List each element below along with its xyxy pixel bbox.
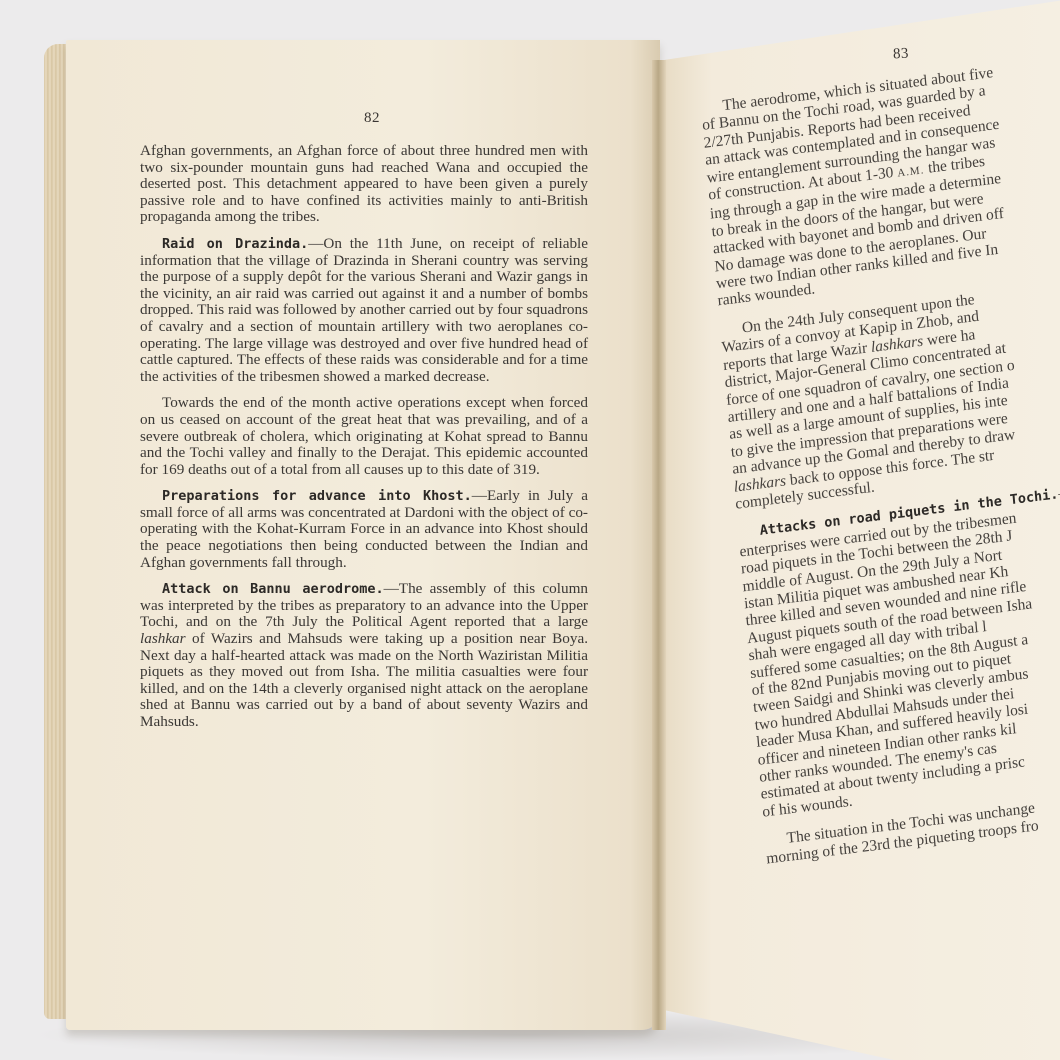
section-heading: Preparations for advance into Khost. xyxy=(162,488,472,504)
section-heading: Raid on Drazinda. xyxy=(162,236,308,252)
book-gutter xyxy=(652,60,666,1030)
paragraph: Towards the end of the month active oper… xyxy=(140,395,588,478)
page-number-left: 82 xyxy=(364,110,380,127)
page-number-right: 83 xyxy=(893,46,910,64)
left-page-text: Afghan governments, an Afghan force of a… xyxy=(140,143,588,741)
paragraph: Afghan governments, an Afghan force of a… xyxy=(140,143,588,226)
paragraph-24th-july: On the 24th July consequent upon the Waz… xyxy=(719,269,1060,513)
section-heading: Attack on Bannu aerodrome. xyxy=(162,581,384,597)
paragraph-raid-on-drazinda: Raid on Drazinda.—On the 11th June, on r… xyxy=(140,236,588,385)
paragraph-attack-bannu: Attack on Bannu aerodrome.—The assembly … xyxy=(140,581,588,730)
paragraph-preparations-khost: Preparations for advance into Khost.—Ear… xyxy=(140,488,588,571)
paragraph-road-piquets: Attacks on road piquets in the Tochi.—Se… xyxy=(737,471,1060,821)
